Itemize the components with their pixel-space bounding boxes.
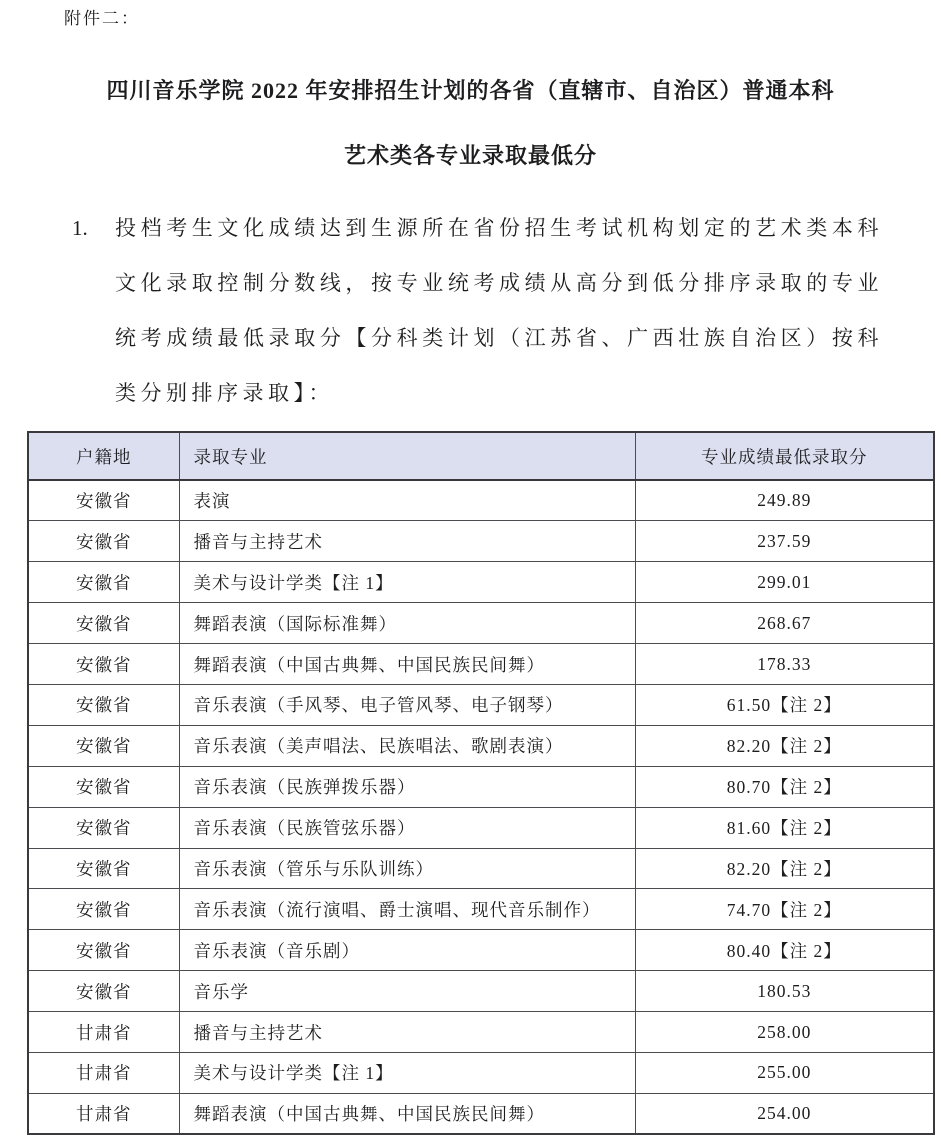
header-major: 录取专业 <box>179 432 635 480</box>
document-title-line1: 四川音乐学院 2022 年安排招生计划的各省（直辖市、自治区）普通本科 <box>0 76 941 106</box>
table-row: 安徽省音乐表演（手风琴、电子管风琴、电子钢琴）61.50【注 2】 <box>28 684 934 725</box>
major-cell: 音乐表演（美声唱法、民族唱法、歌剧表演） <box>179 725 635 766</box>
document-title-line2: 艺术类各专业录取最低分 <box>0 141 941 171</box>
major-cell: 美术与设计学类【注 1】 <box>179 1052 635 1093</box>
major-cell: 音乐表演（民族弹拨乐器） <box>179 766 635 807</box>
table-row: 甘肃省播音与主持艺术258.00 <box>28 1012 934 1053</box>
province-cell: 安徽省 <box>28 848 179 889</box>
score-cell: 180.53 <box>635 971 934 1012</box>
header-province: 户籍地 <box>28 432 179 480</box>
score-cell: 249.89 <box>635 480 934 521</box>
table-header-row: 户籍地 录取专业 专业成绩最低录取分 <box>28 432 934 480</box>
header-score: 专业成绩最低录取分 <box>635 432 934 480</box>
paragraph-text: 投档考生文化成绩达到生源所在省份招生考试机构划定的艺术类本科文化录取控制分数线，… <box>115 201 883 421</box>
table-row: 安徽省音乐表演（美声唱法、民族唱法、歌剧表演）82.20【注 2】 <box>28 725 934 766</box>
scores-table: 户籍地 录取专业 专业成绩最低录取分 安徽省表演249.89安徽省播音与主持艺术… <box>27 431 935 1135</box>
province-cell: 安徽省 <box>28 889 179 930</box>
table-row: 安徽省音乐表演（音乐剧）80.40【注 2】 <box>28 930 934 971</box>
score-cell: 82.20【注 2】 <box>635 725 934 766</box>
province-cell: 安徽省 <box>28 807 179 848</box>
table-row: 安徽省舞蹈表演（中国古典舞、中国民族民间舞）178.33 <box>28 644 934 685</box>
score-cell: 254.00 <box>635 1093 934 1134</box>
province-cell: 甘肃省 <box>28 1052 179 1093</box>
score-cell: 268.67 <box>635 603 934 644</box>
major-cell: 音乐表演（音乐剧） <box>179 930 635 971</box>
table-row: 安徽省舞蹈表演（国际标准舞）268.67 <box>28 603 934 644</box>
table-row: 安徽省音乐表演（民族弹拨乐器）80.70【注 2】 <box>28 766 934 807</box>
province-cell: 安徽省 <box>28 603 179 644</box>
table-row: 安徽省音乐表演（民族管弦乐器）81.60【注 2】 <box>28 807 934 848</box>
score-cell: 237.59 <box>635 521 934 562</box>
score-cell: 80.40【注 2】 <box>635 930 934 971</box>
province-cell: 安徽省 <box>28 562 179 603</box>
table-row: 安徽省表演249.89 <box>28 480 934 521</box>
major-cell: 音乐表演（民族管弦乐器） <box>179 807 635 848</box>
major-cell: 播音与主持艺术 <box>179 521 635 562</box>
major-cell: 音乐表演（流行演唱、爵士演唱、现代音乐制作） <box>179 889 635 930</box>
paragraph-number: 1. <box>72 201 115 421</box>
province-cell: 安徽省 <box>28 480 179 521</box>
province-cell: 安徽省 <box>28 684 179 725</box>
intro-paragraph: 1. 投档考生文化成绩达到生源所在省份招生考试机构划定的艺术类本科文化录取控制分… <box>0 201 941 421</box>
province-cell: 安徽省 <box>28 644 179 685</box>
province-cell: 安徽省 <box>28 766 179 807</box>
province-cell: 安徽省 <box>28 521 179 562</box>
major-cell: 音乐表演（管乐与乐队训练） <box>179 848 635 889</box>
major-cell: 舞蹈表演（国际标准舞） <box>179 603 635 644</box>
score-cell: 255.00 <box>635 1052 934 1093</box>
attachment-label: 附件二： <box>64 8 941 30</box>
score-cell: 258.00 <box>635 1012 934 1053</box>
province-cell: 安徽省 <box>28 930 179 971</box>
score-cell: 178.33 <box>635 644 934 685</box>
major-cell: 舞蹈表演（中国古典舞、中国民族民间舞） <box>179 1093 635 1134</box>
score-cell: 82.20【注 2】 <box>635 848 934 889</box>
score-cell: 61.50【注 2】 <box>635 684 934 725</box>
table-body: 安徽省表演249.89安徽省播音与主持艺术237.59安徽省美术与设计学类【注 … <box>28 480 934 1134</box>
table-row: 安徽省音乐表演（流行演唱、爵士演唱、现代音乐制作）74.70【注 2】 <box>28 889 934 930</box>
score-cell: 74.70【注 2】 <box>635 889 934 930</box>
major-cell: 表演 <box>179 480 635 521</box>
table-row: 甘肃省美术与设计学类【注 1】255.00 <box>28 1052 934 1093</box>
table-row: 甘肃省舞蹈表演（中国古典舞、中国民族民间舞）254.00 <box>28 1093 934 1134</box>
score-cell: 81.60【注 2】 <box>635 807 934 848</box>
province-cell: 安徽省 <box>28 725 179 766</box>
province-cell: 安徽省 <box>28 971 179 1012</box>
major-cell: 音乐学 <box>179 971 635 1012</box>
table-row: 安徽省音乐学180.53 <box>28 971 934 1012</box>
major-cell: 音乐表演（手风琴、电子管风琴、电子钢琴） <box>179 684 635 725</box>
province-cell: 甘肃省 <box>28 1012 179 1053</box>
score-cell: 299.01 <box>635 562 934 603</box>
major-cell: 舞蹈表演（中国古典舞、中国民族民间舞） <box>179 644 635 685</box>
table-row: 安徽省音乐表演（管乐与乐队训练）82.20【注 2】 <box>28 848 934 889</box>
table-row: 安徽省播音与主持艺术237.59 <box>28 521 934 562</box>
table-row: 安徽省美术与设计学类【注 1】299.01 <box>28 562 934 603</box>
major-cell: 播音与主持艺术 <box>179 1012 635 1053</box>
province-cell: 甘肃省 <box>28 1093 179 1134</box>
major-cell: 美术与设计学类【注 1】 <box>179 562 635 603</box>
score-cell: 80.70【注 2】 <box>635 766 934 807</box>
